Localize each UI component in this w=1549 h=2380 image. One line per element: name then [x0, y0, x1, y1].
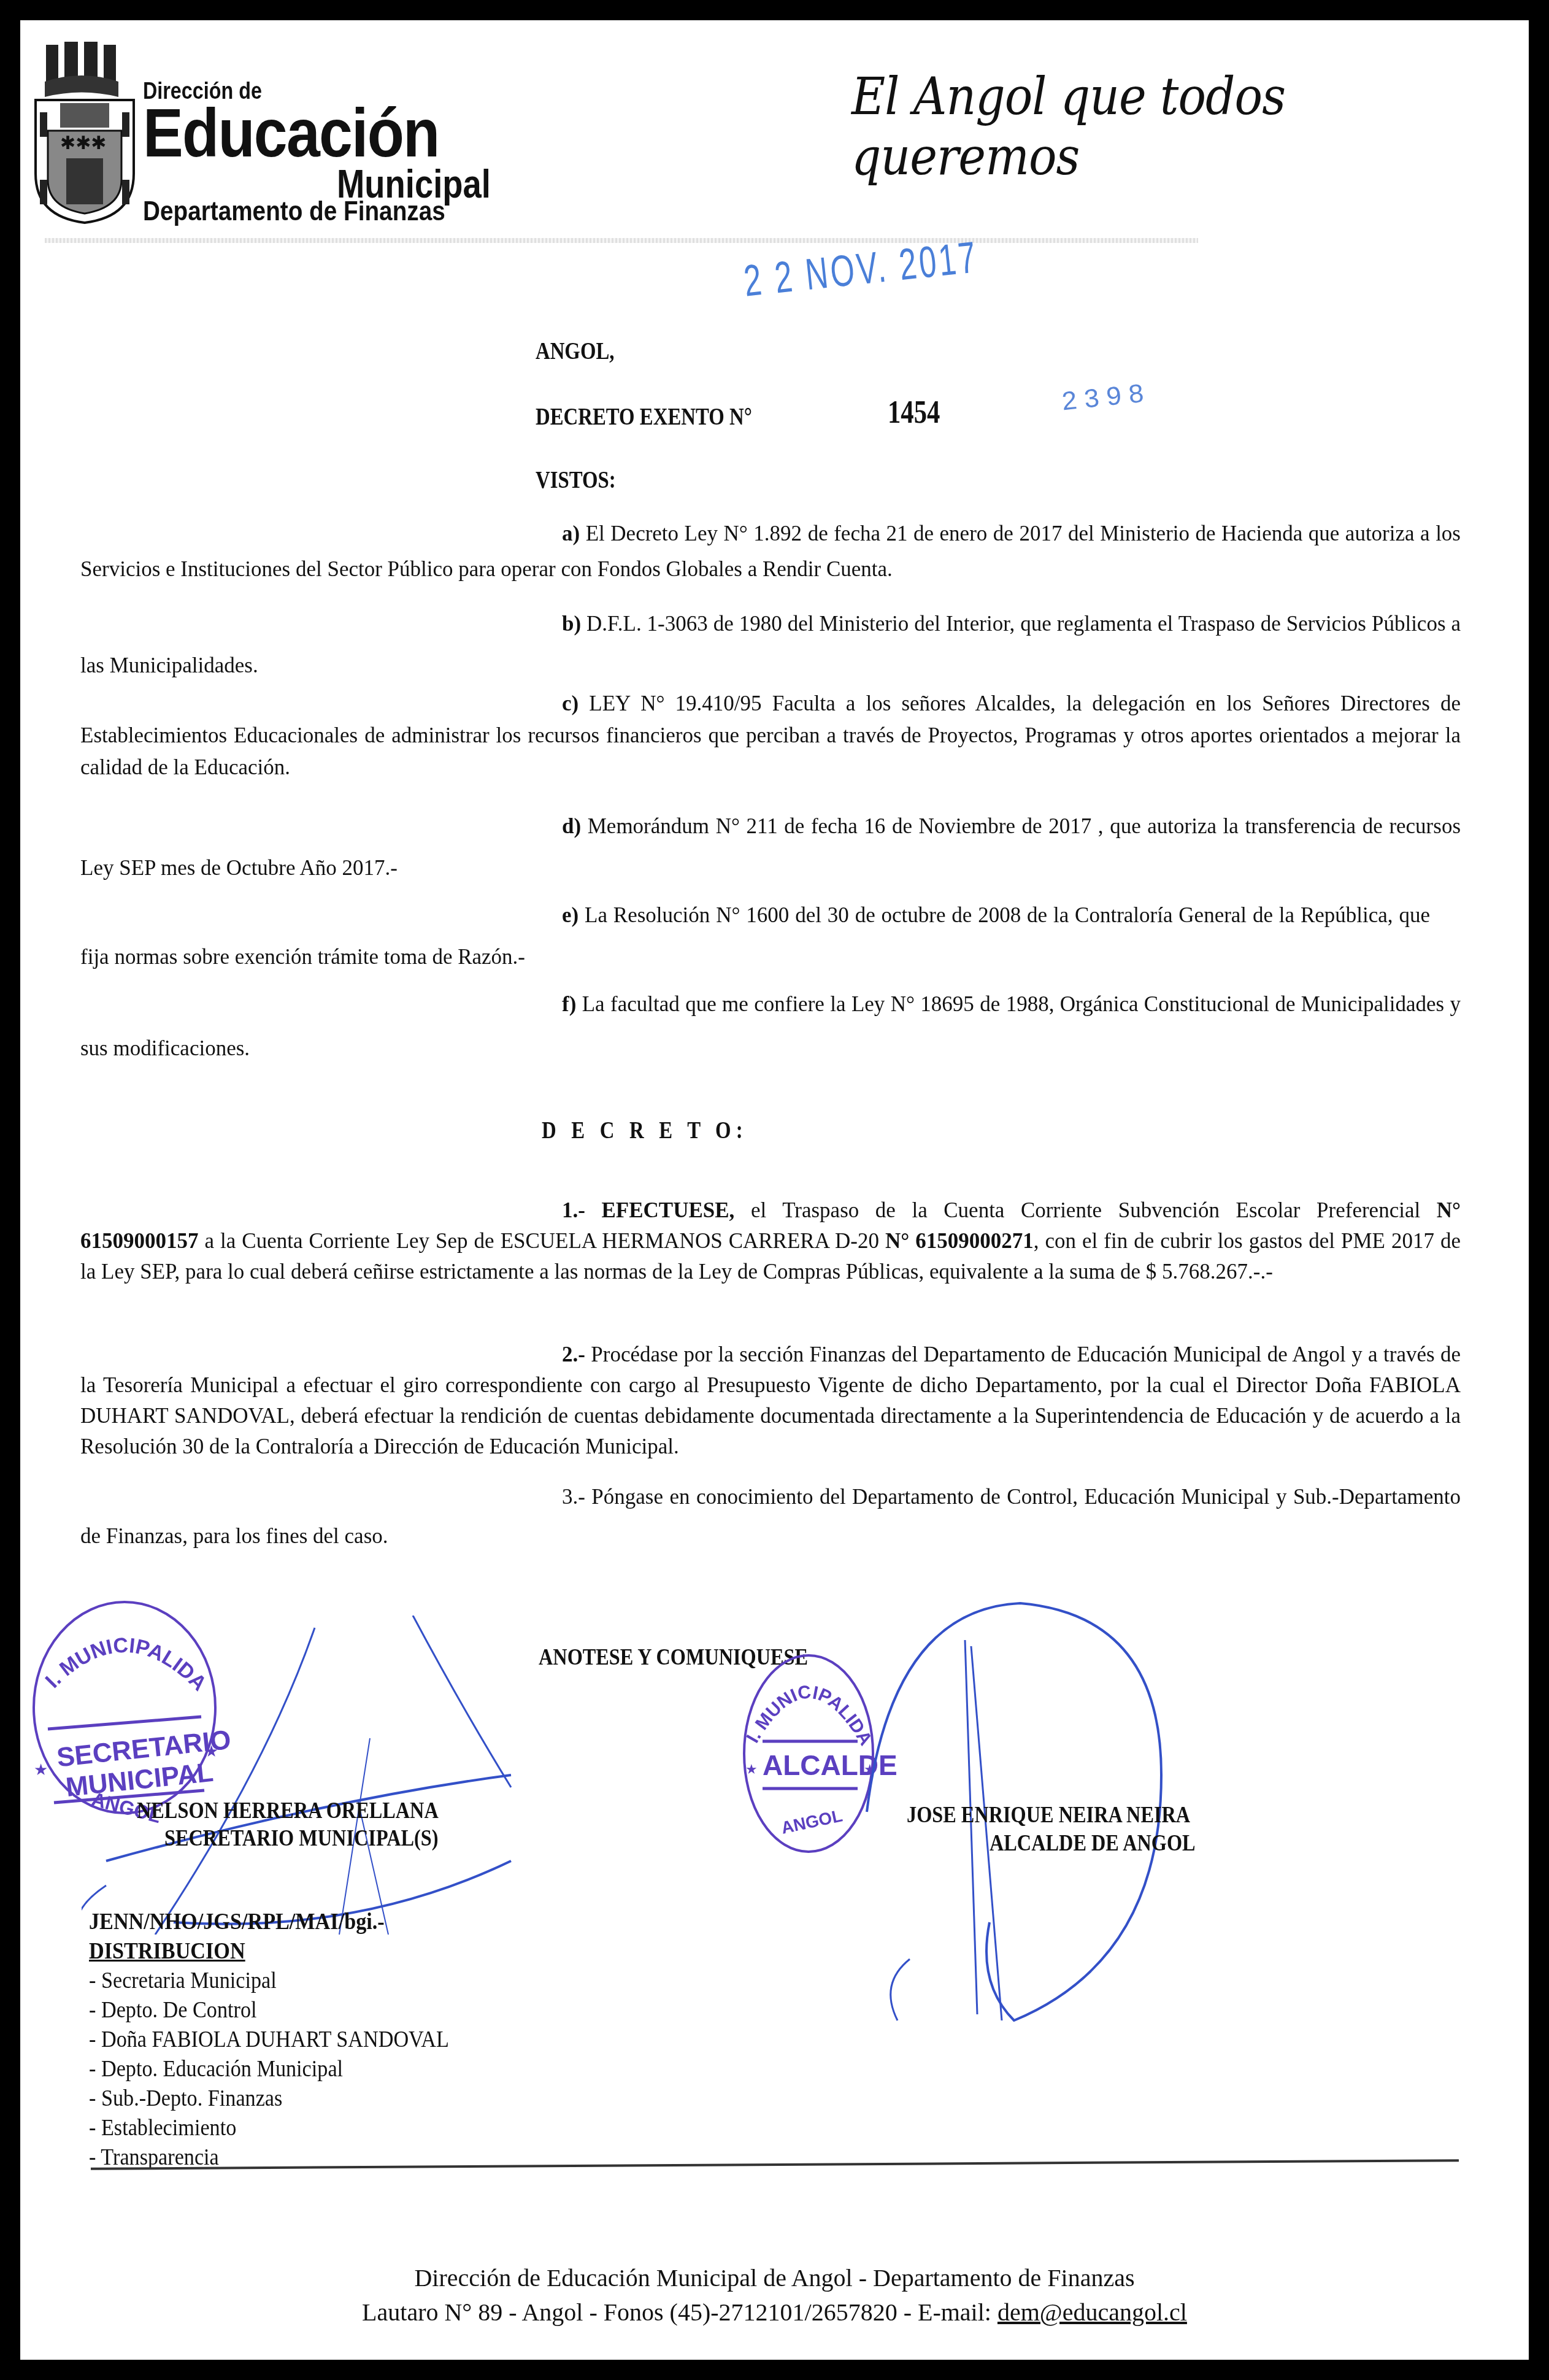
distribution-item: - Secretaria Municipal	[89, 1966, 449, 1995]
municipal-crest-icon: ✱✱✱	[33, 39, 149, 226]
footer-email-link[interactable]: dem@educangol.cl	[997, 2298, 1187, 2326]
distribution-block: JENN/NHO/JGS/RPL/MAI/bgi.- DISTRIBUCION …	[89, 1907, 449, 2172]
org-department: Departamento de Finanzas	[143, 198, 445, 225]
city-label: ANGOL,	[536, 336, 614, 365]
footer-line-1: Dirección de Educación Municipal de Ango…	[20, 2261, 1529, 2295]
distribution-item: - Depto. Educación Municipal	[89, 2054, 449, 2084]
vistos-c: c) LEY N° 19.410/95 Faculta a los señore…	[80, 688, 1461, 784]
distribution-item: - Depto. De Control	[89, 1995, 449, 2025]
footer-address: Lautaro N° 89 - Angol - Fonos (45)-27121…	[362, 2298, 997, 2326]
vistos-d: d) Memorándum N° 211 de fecha 16 de Novi…	[80, 806, 1461, 889]
decreto-item-1: 1.- EFECTUESE, el Traspaso de la Cuenta …	[80, 1195, 1461, 1287]
document-page: ✱✱✱ Dirección de Educación Municipal Dep…	[20, 20, 1529, 2360]
distribution-title: DISTRIBUCION	[89, 1936, 449, 1966]
org-line-2: Educación	[143, 99, 439, 168]
reference-initials: JENN/NHO/JGS/RPL/MAI/bgi.-	[89, 1907, 449, 1936]
date-stamp: 2 2 NOV. 2017	[742, 232, 981, 307]
mayor-name: JOSE ENRIQUE NEIRA NEIRA	[907, 1801, 1190, 1829]
mayor-title: ALCALDE DE ANGOL	[990, 1829, 1196, 1857]
svg-text:★: ★	[745, 1762, 758, 1777]
decreto-label: D E C R E T O:	[542, 1115, 748, 1144]
secretary-title: SECRETARIO MUNICIPAL(S)	[164, 1824, 439, 1852]
secretary-name: NELSON HERRERA ORELLANA	[137, 1797, 439, 1825]
vistos-b: b) D.F.L. 1-3063 de 1980 del Ministerio …	[80, 603, 1461, 687]
svg-text:★: ★	[34, 1761, 48, 1779]
distribution-item: - Doña FABIOLA DUHART SANDOVAL	[89, 2025, 449, 2054]
decree-number: 1454	[888, 395, 940, 431]
distribution-item: - Establecimiento	[89, 2113, 449, 2143]
secretary-signature	[82, 1616, 572, 1935]
vistos-f: f) La facultad que me confiere la Ley N°…	[80, 982, 1461, 1071]
decree-label: DECRETO EXENTO N°	[536, 402, 752, 431]
svg-text:✱✱✱: ✱✱✱	[60, 133, 106, 153]
footer-line-2: Lautaro N° 89 - Angol - Fonos (45)-27121…	[20, 2295, 1529, 2330]
decreto-item-2: 2.- Procédase por la sección Finanzas de…	[80, 1339, 1461, 1462]
vistos-label: VISTOS:	[536, 465, 616, 494]
distribution-item: - Sub.-Depto. Finanzas	[89, 2084, 449, 2113]
received-number-stamp: 2398	[1060, 379, 1152, 419]
vistos-e: e) La Resolución N° 1600 del 30 de octub…	[80, 895, 1430, 978]
decreto-item-3: 3.- Póngase en conocimiento del Departam…	[80, 1477, 1461, 1556]
motto: El Angol que todos queremos	[851, 66, 1461, 187]
vistos-a: a) El Decreto Ley N° 1.892 de fecha 21 d…	[80, 516, 1461, 587]
header-divider	[45, 238, 1198, 243]
